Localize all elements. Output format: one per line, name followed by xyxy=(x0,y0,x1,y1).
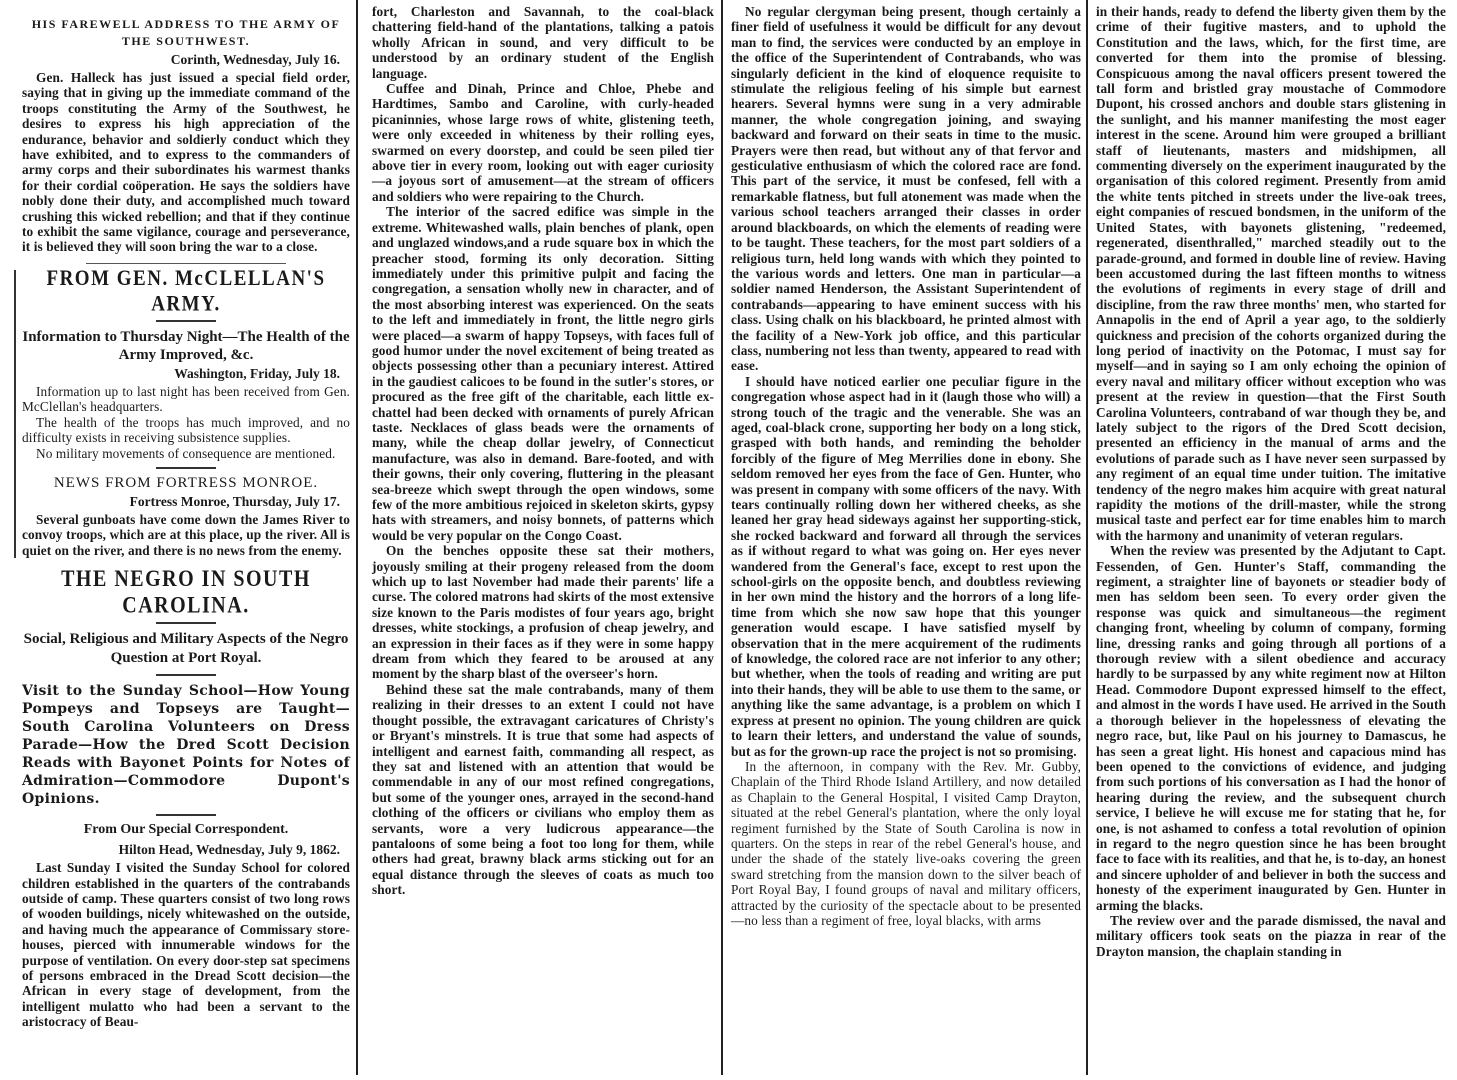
farewell-dateline: Corinth, Wednesday, July 16. xyxy=(22,52,340,68)
article-paragraph: The review over and the parade dismissed… xyxy=(1096,913,1446,959)
divider xyxy=(86,263,286,264)
divider xyxy=(156,467,216,469)
column-2: fort, Charleston and Savannah, to the co… xyxy=(360,0,720,1080)
mcclellan-paragraph: The health of the troops has much improv… xyxy=(22,415,350,446)
article-paragraph: fort, Charleston and Savannah, to the co… xyxy=(372,4,714,81)
column-1: HIS FAREWELL ADDRESS TO THE ARMY OF THE … xyxy=(6,0,354,1080)
column-rule xyxy=(1086,0,1088,1075)
article-paragraph: When the review was presented by the Adj… xyxy=(1096,543,1446,913)
correspondent-line: From Our Special Correspondent. xyxy=(22,822,350,838)
divider xyxy=(156,814,216,816)
column-rule xyxy=(356,0,358,1075)
negro-dateline: Hilton Head, Wednesday, July 9, 1862. xyxy=(22,842,340,858)
farewell-heading: HIS FAREWELL ADDRESS TO THE ARMY OF THE … xyxy=(22,16,350,50)
negro-subhead: Social, Religious and Military Aspects o… xyxy=(22,630,350,668)
article-paragraph: in their hands, ready to defend the libe… xyxy=(1096,4,1446,543)
column-4: in their hands, ready to defend the libe… xyxy=(1090,0,1452,1080)
article-paragraph: I should have noticed earlier one peculi… xyxy=(731,374,1081,759)
article-paragraph: The interior of the sacred edifice was s… xyxy=(372,204,714,543)
article-paragraph: Cuffee and Dinah, Prince and Chloe, Pheb… xyxy=(372,81,714,204)
monroe-dateline: Fortress Monroe, Thursday, July 17. xyxy=(22,494,340,510)
column-3: No regular clergyman being present, thou… xyxy=(725,0,1087,1080)
monroe-heading: NEWS FROM FORTRESS MONROE. xyxy=(22,475,350,492)
mcclellan-dateline: Washington, Friday, July 18. xyxy=(22,366,340,382)
article-paragraph: Behind these sat the male contrabands, m… xyxy=(372,682,714,898)
mcclellan-subhead: Information to Thursday Night—The Health… xyxy=(22,328,350,364)
mcclellan-heading: FROM GEN. McCLELLAN'S ARMY. xyxy=(22,267,350,318)
negro-paragraph: Last Sunday I visited the Sunday School … xyxy=(22,860,350,1029)
article-paragraph: No regular clergyman being present, thou… xyxy=(731,4,1081,374)
column-rule xyxy=(721,0,723,1075)
divider xyxy=(156,674,216,676)
article-paragraph: On the benches opposite these sat their … xyxy=(372,543,714,682)
farewell-body: Gen. Halleck has just issued a special f… xyxy=(22,70,350,255)
mcclellan-paragraph: No military movements of consequence are… xyxy=(22,446,350,461)
divider xyxy=(156,320,216,322)
negro-heading: THE NEGRO IN SOUTH CAROLINA. xyxy=(22,567,350,620)
mcclellan-paragraph: Information up to last night has been re… xyxy=(22,384,350,415)
negro-deck: Visit to the Sunday School—How Young Pom… xyxy=(22,682,350,808)
mcclellan-article: FROM GEN. McCLELLAN'S ARMY. Information … xyxy=(14,270,350,558)
article-paragraph: In the afternoon, in company with the Re… xyxy=(731,759,1081,928)
monroe-body: Several gunboats have come down the Jame… xyxy=(22,512,350,558)
divider xyxy=(156,622,216,624)
